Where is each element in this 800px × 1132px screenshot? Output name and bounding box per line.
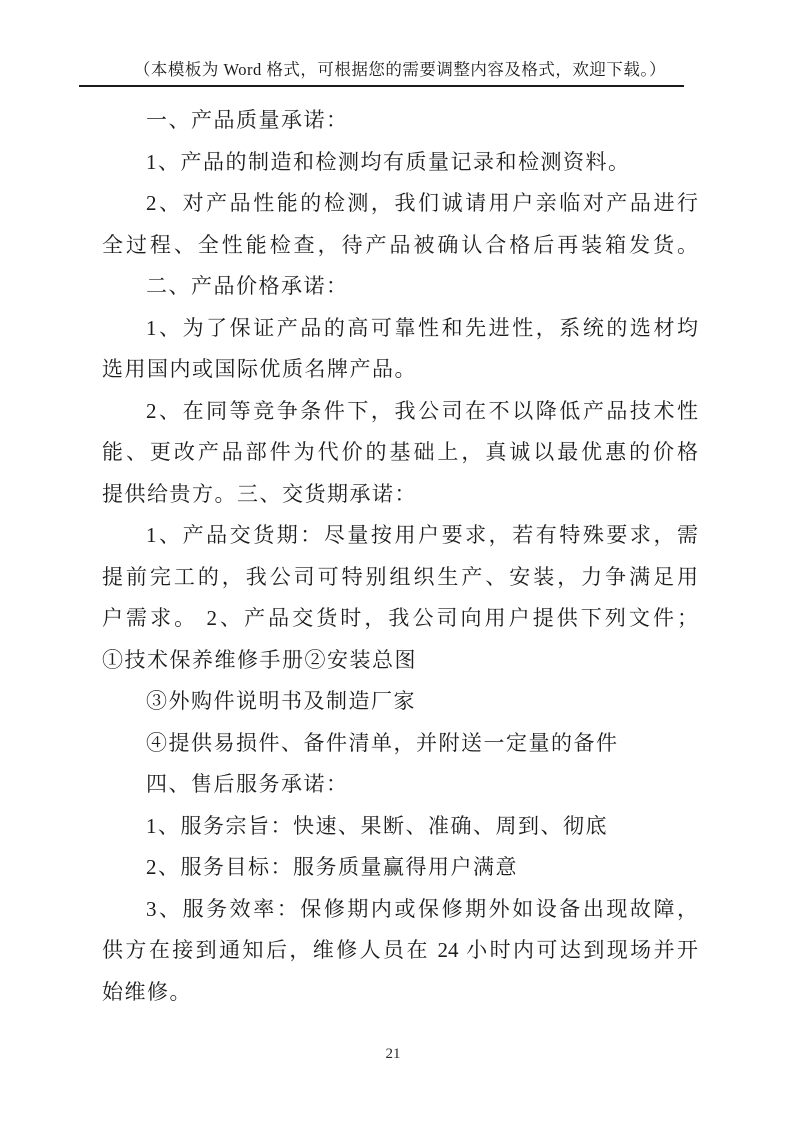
text-line: 1、服务宗旨：快速、果断、准确、周到、彻底 bbox=[102, 806, 698, 848]
text-line: 1、为了保证产品的高可靠性和先进性，系统的选材均 bbox=[102, 308, 698, 350]
text-line: 选用国内或国际优质名牌产品。 bbox=[102, 349, 698, 391]
text-line: 2、在同等竞争条件下，我公司在不以降低产品技术性 bbox=[102, 391, 698, 433]
page-number: 21 bbox=[0, 1044, 786, 1064]
text-line: 1、产品交货期：尽量按用户要求，若有特殊要求，需 bbox=[102, 515, 698, 557]
text-line: 户需求。 2、产品交货时，我公司向用户提供下列文件； bbox=[102, 598, 698, 640]
document-body: 一、产品质量承诺：1、产品的制造和检测均有质量记录和检测资料。2、对产品性能的检… bbox=[102, 100, 698, 1013]
text-line: 能、更改产品部件为代价的基础上，真诚以最优惠的价格 bbox=[102, 432, 698, 474]
text-line: 2、服务目标：服务质量赢得用户满意 bbox=[102, 847, 698, 889]
header-notice: （本模板为 Word 格式，可根据您的需要调整内容及格式，欢迎下载。） bbox=[0, 58, 800, 82]
text-line: 一、产品质量承诺： bbox=[102, 100, 698, 142]
text-line: 提供给贵方。三、交货期承诺： bbox=[102, 474, 698, 516]
text-line: 供方在接到通知后，维修人员在 24 小时内可达到现场并开 bbox=[102, 930, 698, 972]
text-line: ①技术保养维修手册②安装总图 bbox=[102, 640, 698, 682]
text-line: 二、产品价格承诺： bbox=[102, 266, 698, 308]
header-divider bbox=[79, 85, 684, 87]
text-line: 2、对产品性能的检测，我们诚请用户亲临对产品进行 bbox=[102, 183, 698, 225]
text-line: ④提供易损件、备件清单，并附送一定量的备件 bbox=[102, 723, 698, 765]
text-line: 1、产品的制造和检测均有质量记录和检测资料。 bbox=[102, 142, 698, 184]
text-line: 全过程、全性能检查，待产品被确认合格后再装箱发货。 bbox=[102, 225, 698, 267]
text-line: 始维修。 bbox=[102, 972, 698, 1014]
document-page: （本模板为 Word 格式，可根据您的需要调整内容及格式，欢迎下载。） 一、产品… bbox=[0, 0, 800, 1132]
text-line: 3、服务效率：保修期内或保修期外如设备出现故障， bbox=[102, 889, 698, 931]
text-line: 四、售后服务承诺： bbox=[102, 764, 698, 806]
text-line: ③外购件说明书及制造厂家 bbox=[102, 681, 698, 723]
text-line: 提前完工的，我公司可特别组织生产、安装，力争满足用 bbox=[102, 557, 698, 599]
